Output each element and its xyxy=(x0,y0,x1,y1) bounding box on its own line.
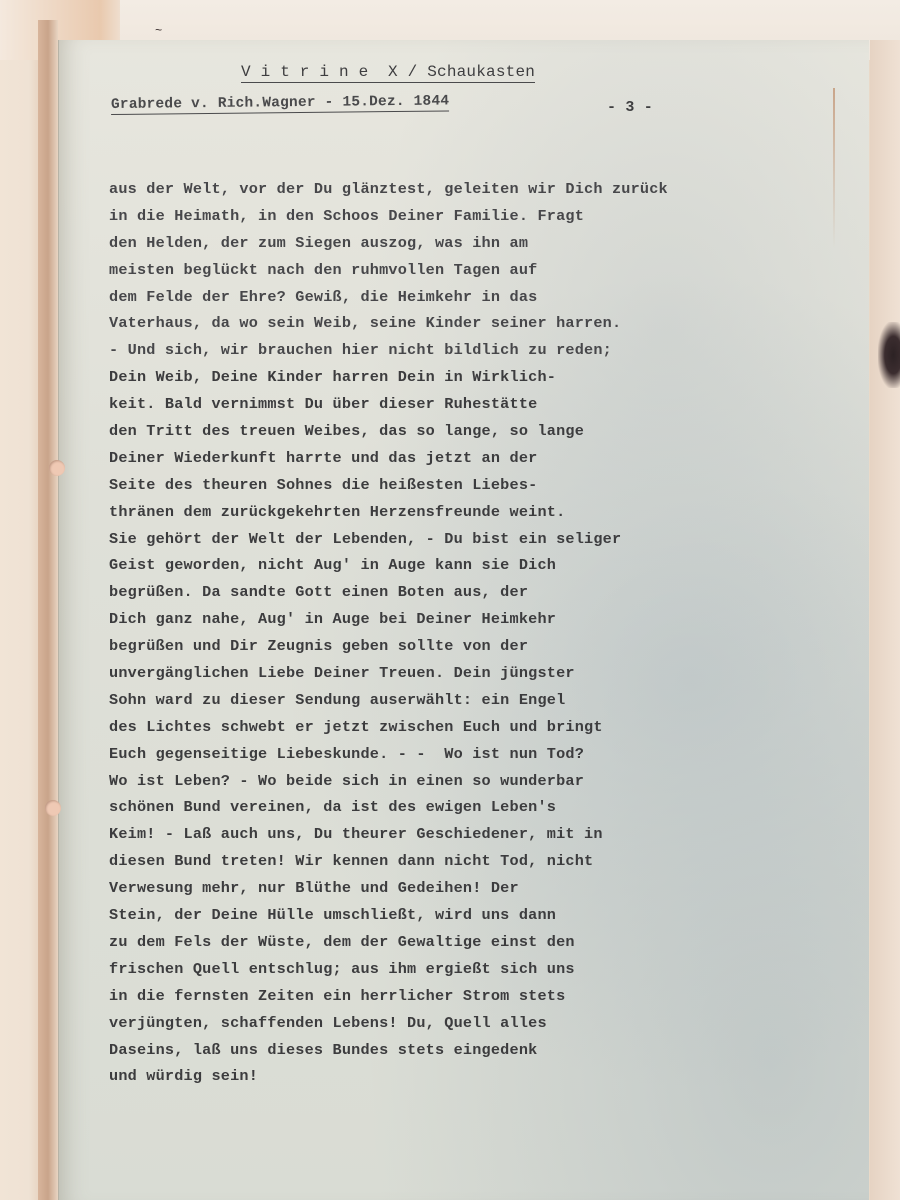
text-line: den Helden, der zum Siegen auszog, was i… xyxy=(109,230,829,257)
body-text: aus der Welt, vor der Du glänztest, gele… xyxy=(109,176,829,1090)
text-line: in die Heimath, in den Schoos Deiner Fam… xyxy=(109,203,829,230)
text-line: Geist geworden, nicht Aug' in Auge kann … xyxy=(109,552,829,579)
text-line: thränen dem zurückgekehrten Herzensfreun… xyxy=(109,499,829,526)
text-line: Euch gegenseitige Liebeskunde. - - Wo is… xyxy=(109,741,829,768)
ink-scribble-icon xyxy=(878,322,900,388)
page-header-subtitle: Grabrede v. Rich.Wagner - 15.Dez. 1844 xyxy=(111,93,449,115)
page-header-title: V i t r i n e X / Schaukasten xyxy=(241,63,535,83)
text-line: des Lichtes schwebt er jetzt zwischen Eu… xyxy=(109,714,829,741)
text-line: in die fernsten Zeiten ein herrlicher St… xyxy=(109,983,829,1010)
text-line: Stein, der Deine Hülle umschließt, wird … xyxy=(109,902,829,929)
punch-hole-icon xyxy=(45,800,61,816)
text-line: Seite des theuren Sohnes die heißesten L… xyxy=(109,472,829,499)
text-line: schönen Bund vereinen, da ist des ewigen… xyxy=(109,794,829,821)
page-crease xyxy=(833,88,835,248)
text-line: begrüßen und Dir Zeugnis geben sollte vo… xyxy=(109,633,829,660)
punch-hole-icon xyxy=(49,460,65,476)
text-line: Daseins, laß uns dieses Bundes stets ein… xyxy=(109,1037,829,1064)
text-line: Dich ganz nahe, Aug' in Auge bei Deiner … xyxy=(109,606,829,633)
text-line: meisten beglückt nach den ruhmvollen Tag… xyxy=(109,257,829,284)
text-line: Vaterhaus, da wo sein Weib, seine Kinder… xyxy=(109,310,829,337)
text-line: Wo ist Leben? - Wo beide sich in einen s… xyxy=(109,768,829,795)
text-line: frischen Quell entschlug; aus ihm ergieß… xyxy=(109,956,829,983)
text-line: begrüßen. Da sandte Gott einen Boten aus… xyxy=(109,579,829,606)
background-sheet-right xyxy=(870,40,900,1200)
text-line: Deiner Wiederkunft harrte und das jetzt … xyxy=(109,445,829,472)
text-line: Verwesung mehr, nur Blüthe und Gedeihen!… xyxy=(109,875,829,902)
text-line: aus der Welt, vor der Du glänztest, gele… xyxy=(109,176,829,203)
text-line: keit. Bald vernimmst Du über dieser Ruhe… xyxy=(109,391,829,418)
text-line: den Tritt des treuen Weibes, das so lang… xyxy=(109,418,829,445)
text-line: verjüngten, schaffenden Lebens! Du, Quel… xyxy=(109,1010,829,1037)
ink-mark-icon: ~ xyxy=(155,26,175,36)
text-line: zu dem Fels der Wüste, dem der Gewaltige… xyxy=(109,929,829,956)
text-line: Sie gehört der Welt der Lebenden, - Du b… xyxy=(109,526,829,553)
text-line: und würdig sein! xyxy=(109,1063,829,1090)
text-line: Keim! - Laß auch uns, Du theurer Geschie… xyxy=(109,821,829,848)
text-line: dem Felde der Ehre? Gewiß, die Heimkehr … xyxy=(109,284,829,311)
page-number: - 3 - xyxy=(607,99,653,116)
text-line: Dein Weib, Deine Kinder harren Dein in W… xyxy=(109,364,829,391)
text-line: - Und sich, wir brauchen hier nicht bild… xyxy=(109,337,829,364)
typed-page: V i t r i n e X / Schaukasten Grabrede v… xyxy=(58,40,869,1200)
text-line: diesen Bund treten! Wir kennen dann nich… xyxy=(109,848,829,875)
text-line: Sohn ward zu dieser Sendung auserwählt: … xyxy=(109,687,829,714)
text-line: unvergänglichen Liebe Deiner Treuen. Dei… xyxy=(109,660,829,687)
background-folder-edge xyxy=(38,20,58,1200)
